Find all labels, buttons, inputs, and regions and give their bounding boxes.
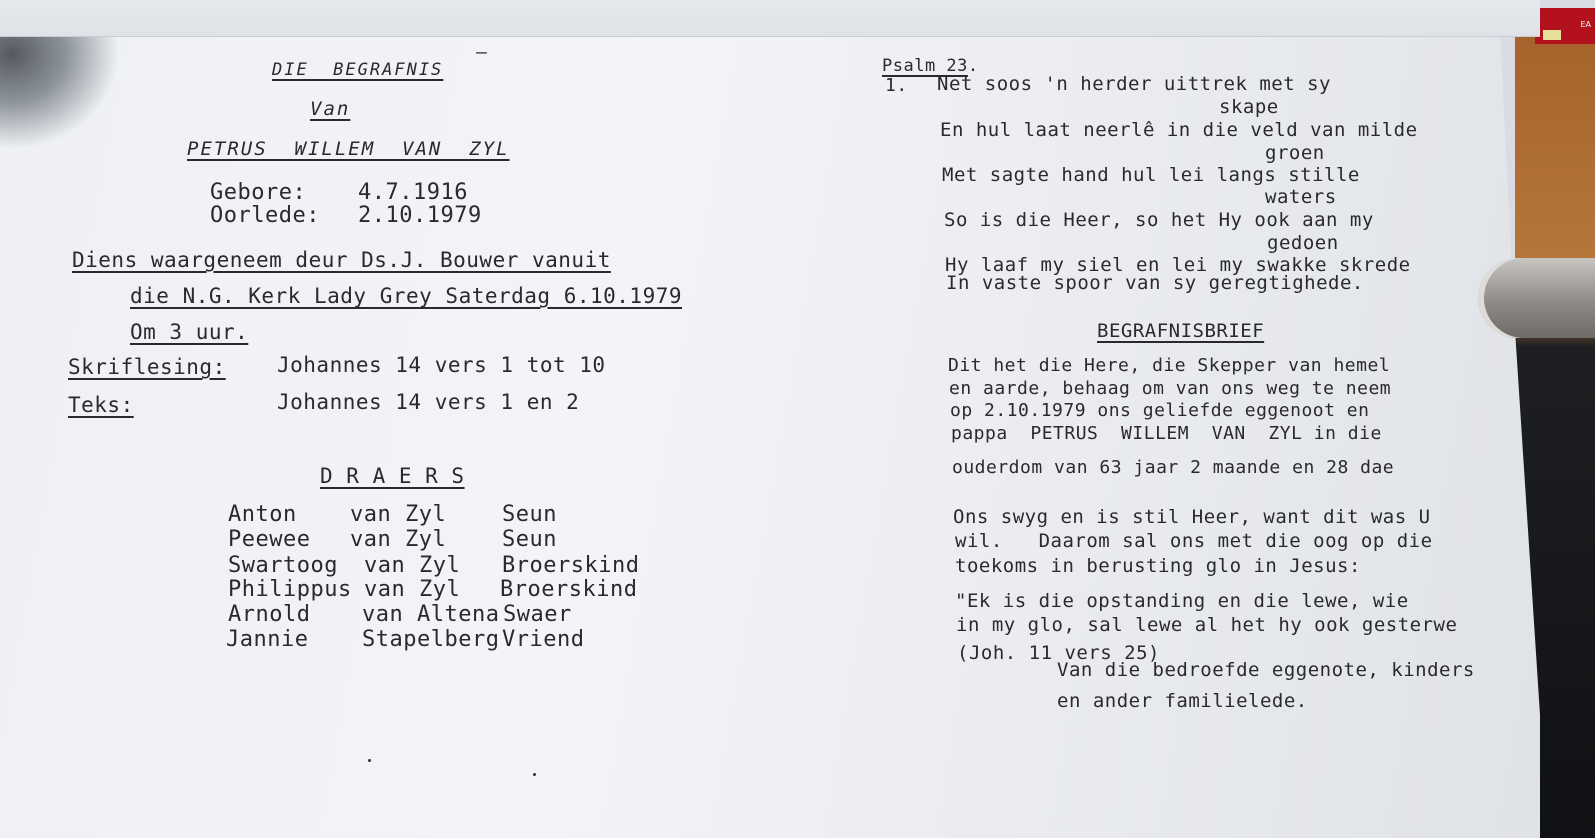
title-line-2: Van <box>310 98 350 120</box>
prayer-line: wil. Daarom sal ons met die oog op die <box>955 530 1433 552</box>
closing-line: en ander familielede. <box>1057 690 1308 712</box>
ink-speck <box>368 759 371 762</box>
scripture-reading-label: Skriflesing: <box>68 355 226 379</box>
bearer-surname: van Zyl <box>364 577 460 602</box>
shadow <box>0 30 120 150</box>
service-line-1: Diens waargeneem deur Ds.J. Bouwer vanui… <box>72 248 611 272</box>
sermon-text-label: Teks: <box>68 393 134 417</box>
service-line-3: Om 3 uur. <box>130 320 248 344</box>
quote-line: in my glo, sal lewe al het hy ook gester… <box>956 614 1457 636</box>
psalm-line: waters <box>1265 186 1337 208</box>
title-line-1: DIE BEGRAFNIS <box>272 60 443 80</box>
prayer-line: Ons swyg en is stil Heer, want dit was U <box>953 506 1431 528</box>
bearer-surname: van Altena <box>362 602 499 627</box>
bearer-first: Anton <box>228 502 297 527</box>
bearer-relation: Vriend <box>502 627 584 652</box>
bearer-first: Jannie <box>226 627 308 652</box>
bearer-first: Swartoog <box>228 553 338 578</box>
psalm-line: So is die Heer, so het Hy ook aan my <box>944 209 1374 231</box>
psalm-line: groen <box>1265 142 1325 164</box>
bearer-surname: van Zyl <box>364 553 460 578</box>
died-label: Oorlede: <box>210 203 320 228</box>
psalm-line: En hul laat neerlê in die veld van milde <box>940 119 1418 141</box>
deceased-name: PETRUS WILLEM VAN ZYL <box>187 138 510 160</box>
book-corner-label: EA <box>1580 20 1591 29</box>
bearer-surname: van Zyl <box>350 502 446 527</box>
bearer-surname: van Zyl <box>350 527 446 552</box>
letter-line: en aarde, behaag om van ons weg te neem <box>949 378 1391 399</box>
died-date: 2.10.1979 <box>358 203 482 228</box>
psalm-line: skape <box>1219 96 1279 118</box>
born-date: 4.7.1916 <box>358 180 468 205</box>
born-label: Gebore: <box>210 180 306 205</box>
bearer-first: Philippus <box>228 577 352 602</box>
bearer-first: Peewee <box>228 527 310 552</box>
ink-mark: — <box>476 42 487 63</box>
sermon-text-value: Johannes 14 vers 1 en 2 <box>277 390 579 414</box>
red-book-corner: EA <box>1535 8 1595 44</box>
psalm-line: In vaste spoor van sy geregtighede. <box>946 272 1364 294</box>
letter-line: Dit het die Here, die Skepper van hemel <box>948 355 1390 376</box>
quote-line: "Ek is die opstanding en die lewe, wie <box>955 590 1409 612</box>
bearer-relation: Seun <box>502 527 557 552</box>
bearer-relation: Broerskind <box>500 577 637 602</box>
letter-heading: BEGRAFNISBRIEF <box>1097 320 1264 342</box>
letter-line: op 2.10.1979 ons geliefde eggenoot en <box>950 400 1369 421</box>
bearers-heading: D R A E R S <box>320 464 465 488</box>
bearer-relation: Broerskind <box>502 553 639 578</box>
psalm-line: Net soos 'n herder uittrek met sy <box>937 73 1331 95</box>
bearer-first: Arnold <box>228 602 310 627</box>
binder-clip <box>1478 258 1595 338</box>
closing-line: Van die bedroefde eggenote, kinders <box>1057 659 1475 681</box>
folded-page-edge <box>0 0 1540 37</box>
bearer-surname: Stapelberg <box>362 627 499 652</box>
psalm-line: Met sagte hand hul lei langs stille <box>942 164 1360 186</box>
book-swatch <box>1543 30 1561 40</box>
ink-speck <box>533 773 536 776</box>
prayer-line: toekoms in berusting glo in Jesus: <box>955 555 1361 577</box>
bearer-relation: Seun <box>502 502 557 527</box>
scripture-reading-value: Johannes 14 vers 1 tot 10 <box>277 353 606 377</box>
letter-line: ouderdom van 63 jaar 2 maande en 28 dae <box>952 457 1394 478</box>
bearer-relation: Swaer <box>503 602 572 627</box>
psalm-line: gedoen <box>1267 232 1339 254</box>
service-line-2: die N.G. Kerk Lady Grey Saterdag 6.10.19… <box>130 284 682 308</box>
letter-line: pappa PETRUS WILLEM VAN ZYL in die <box>951 423 1382 444</box>
psalm-verse-number: 1. <box>885 75 908 96</box>
